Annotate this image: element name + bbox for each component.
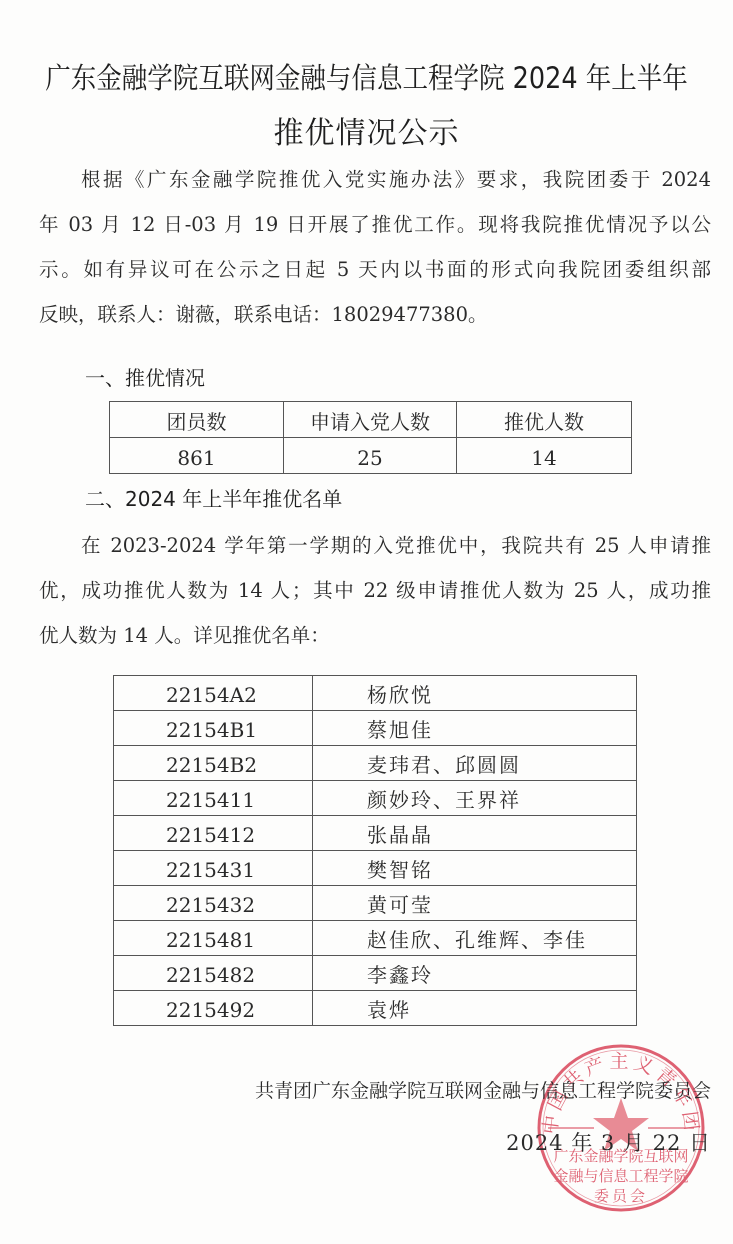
table-row: 2215412 张晶晶 [114, 816, 637, 851]
table-row: 22154B2 麦玮君、邱圆圆 [114, 746, 637, 781]
table-row: 2215432 黄可莹 [114, 886, 637, 921]
class-cell: 2215481 [114, 921, 313, 956]
document-title-line-2: 推优情况公示 [0, 114, 733, 154]
table-row: 2215481 赵佳欣、孔维辉、李佳 [114, 921, 637, 956]
header-recommended: 推优人数 [457, 402, 632, 438]
table-row: 22154B1 蔡旭佳 [114, 711, 637, 746]
table-row: 2215492 袁烨 [114, 991, 637, 1026]
names-cell: 蔡旭佳 [313, 711, 637, 746]
table-row: 2215431 樊智铭 [114, 851, 637, 886]
names-cell: 樊智铭 [313, 851, 637, 886]
stats-value-row: 861 25 14 [110, 438, 632, 474]
seal-inner-line-3: 委员会 [594, 1187, 648, 1205]
intro-line: 示。如有异议可在公示之日起 5 天内以书面的形式向我院团委组织部 [39, 252, 711, 288]
table-row: 22154A2 杨欣悦 [114, 676, 637, 711]
stats-header-row: 团员数 申请入党人数 推优人数 [110, 402, 632, 438]
intro-line: 根据《广东金融学院推优入党实施办法》要求，我院团委于 2024 [39, 162, 711, 198]
section-2-paragraph: 在 2023-2024 学年第一学期的入党推优中，我院共有 25 人申请推 优，… [39, 528, 711, 654]
names-cell: 赵佳欣、孔维辉、李佳 [313, 921, 637, 956]
header-applicants: 申请入党人数 [284, 402, 457, 438]
roster-table: 22154A2 杨欣悦 22154B1 蔡旭佳 22154B2 麦玮君、邱圆圆 … [113, 675, 637, 1026]
seal-inner-line-2: 金融与信息工程学院 [553, 1167, 688, 1185]
names-cell: 杨欣悦 [313, 676, 637, 711]
signature-org: 共青团广东金融学院互联网金融与信息工程学院委员会 [255, 1076, 711, 1106]
names-cell: 麦玮君、邱圆圆 [313, 746, 637, 781]
class-cell: 2215431 [114, 851, 313, 886]
body-line: 优，成功推优人数为 14 人；其中 22 级申请推优人数为 25 人，成功推 [39, 573, 711, 609]
signature-date: 2024 年 3 月 22 日 [506, 1128, 711, 1158]
intro-line: 反映，联系人：谢薇，联系电话：18029477380。 [39, 297, 711, 333]
names-cell: 张晶晶 [313, 816, 637, 851]
body-line: 在 2023-2024 学年第一学期的入党推优中，我院共有 25 人申请推 [39, 528, 711, 564]
document-title-line-1: 广东金融学院互联网金融与信息工程学院 2024 年上半年 [44, 58, 689, 98]
value-applicants: 25 [284, 438, 457, 474]
intro-line: 年 03 月 12 日-03 月 19 日开展了推优工作。现将我院推优情况予以公 [39, 207, 711, 243]
intro-paragraph: 根据《广东金融学院推优入党实施办法》要求，我院团委于 2024 年 03 月 1… [39, 162, 711, 333]
class-cell: 22154A2 [114, 676, 313, 711]
class-cell: 22154B1 [114, 711, 313, 746]
value-recommended: 14 [457, 438, 632, 474]
table-row: 2215411 颜妙玲、王界祥 [114, 781, 637, 816]
names-cell: 颜妙玲、王界祥 [313, 781, 637, 816]
class-cell: 2215432 [114, 886, 313, 921]
class-cell: 2215482 [114, 956, 313, 991]
section-1-heading: 一、推优情况 [85, 360, 205, 396]
names-cell: 袁烨 [313, 991, 637, 1026]
header-members: 团员数 [110, 402, 284, 438]
section-2-heading: 二、2024 年上半年推优名单 [85, 481, 342, 517]
value-members: 861 [110, 438, 284, 474]
class-cell: 2215492 [114, 991, 313, 1026]
class-cell: 22154B2 [114, 746, 313, 781]
class-cell: 2215411 [114, 781, 313, 816]
names-cell: 黄可莹 [313, 886, 637, 921]
class-cell: 2215412 [114, 816, 313, 851]
table-row: 2215482 李鑫玲 [114, 956, 637, 991]
body-line: 优人数为 14 人。详见推优名单： [39, 618, 711, 654]
names-cell: 李鑫玲 [313, 956, 637, 991]
stats-table: 团员数 申请入党人数 推优人数 861 25 14 [109, 401, 632, 474]
